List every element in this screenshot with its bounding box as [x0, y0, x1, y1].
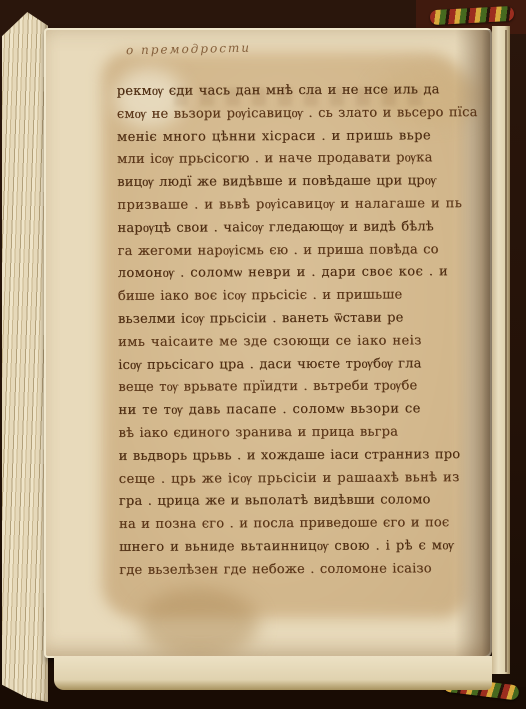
text-line: призваше . и вьвѣ рѹісавицѹ и налагаше и… — [117, 193, 471, 218]
page-stack-left-edge — [2, 12, 48, 702]
manuscript-photo: о премодрости рекмѹ єди чась дан мнѣ сла… — [0, 0, 526, 709]
marginal-note: о премодрости — [126, 41, 251, 58]
fore-edge-separation-line — [505, 30, 507, 672]
text-line: мли ісѹ прьсісогю . и наче продавати рѹк… — [117, 147, 471, 172]
text-line: вьзелми ісѹ прьсісіи . ванеть ѿстави ре — [118, 307, 472, 332]
text-line: ємѹ не вьзори рѹісавицѹ . сь злато и вьс… — [117, 102, 471, 127]
text-line: ісѹ прьсісаго цра . даси чюєте трѹбѹ гла — [118, 353, 472, 378]
manuscript-text-block: рекмѹ єди чась дан мнѣ сла и не нсе иль … — [117, 79, 474, 582]
fore-edge-pages — [492, 26, 510, 674]
text-line: вѣ іако єдиного зранива и прица вьгра — [118, 421, 472, 446]
text-line: меніє много цѣнни хісраси . и пришь вьре — [117, 125, 471, 150]
text-line: шнего и вьниде вьтаинницѹ свою . і рѣ є … — [119, 535, 473, 560]
text-line: сеще . црь же ісѹ прьсісіи и рашаахѣ вьн… — [119, 467, 473, 492]
text-line: ломонѹ . соломѡ неври и . дари своє коє … — [118, 261, 472, 286]
under-leaf-edge — [54, 656, 492, 690]
text-line: где вьзелѣзен где небоже . соломоне ісаі… — [119, 558, 473, 583]
text-line: веще тѹ врьвате прїидти . вьтреби трѹбе — [118, 375, 472, 400]
text-line: га жегоми нарѹісмь єю . и приша повѣда с… — [118, 239, 472, 264]
text-line: и вьдворь црьвь . и хождаше іаси странни… — [119, 444, 473, 469]
text-line: имь чаісаите ме зде сзоющи се іако неіз — [118, 330, 472, 355]
text-line: бише іако воє ісѹ прьсісіє . и пришьше — [118, 284, 472, 309]
text-line: на и позна єго . и посла приведоше єго и… — [119, 512, 473, 537]
text-line: рекмѹ єди чась дан мнѣ сла и не нсе иль … — [117, 79, 471, 104]
text-line: ни те тѹ давь пасапе . соломѡ вьзори се — [118, 398, 472, 423]
text-line: вицѹ людї же видѣвше и повѣдаше цри црѹ — [117, 170, 471, 195]
text-line: гра . црица же и вьполатѣ видѣвши соломо — [119, 489, 473, 514]
paper-stain — [139, 588, 259, 658]
text-line: нарѹцѣ свои . чаісѹ гледающѹ и видѣ бѣлѣ — [117, 216, 471, 241]
